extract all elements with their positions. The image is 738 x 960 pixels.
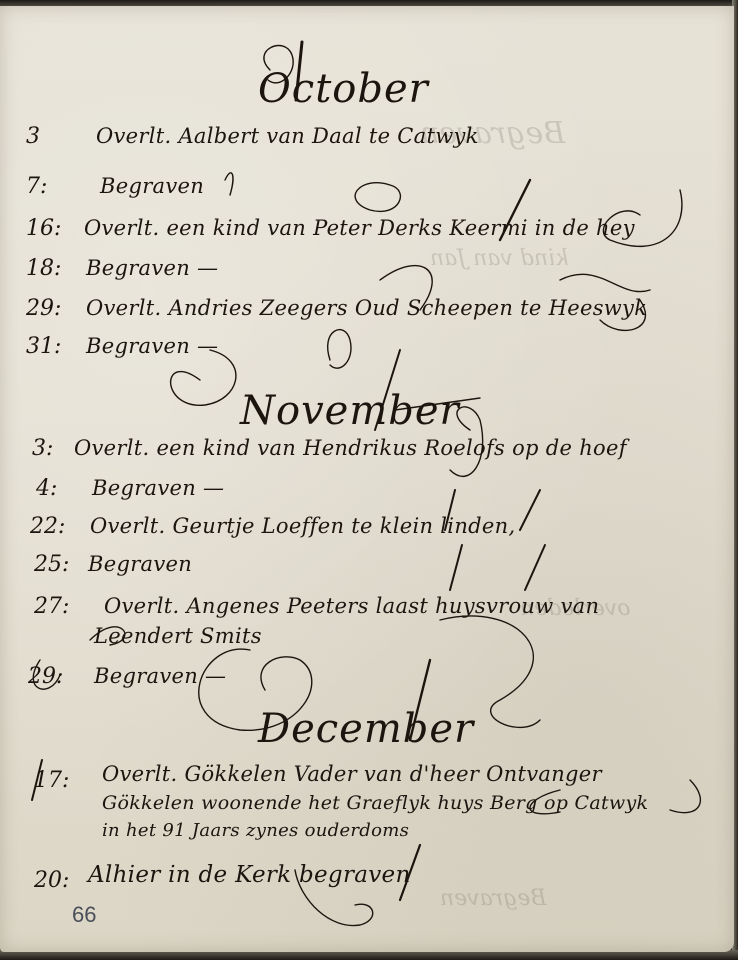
entry-text: Begraven — xyxy=(86,334,218,358)
entry-day: 20: xyxy=(34,868,69,893)
entry-day: 18: xyxy=(26,256,61,281)
entry-text: Alhier in de Kerk begraven xyxy=(88,862,411,888)
entry-day: 22: xyxy=(30,514,65,539)
entry-text: Begraven xyxy=(88,552,192,576)
entry-text: Overlt. Aalbert van Daal te Catwyk xyxy=(96,124,479,148)
entry-day: 31: xyxy=(26,334,61,359)
month-heading-october: October xyxy=(258,66,429,112)
bleed-through-text: kind van Jan xyxy=(430,246,568,271)
folio-number: 66 xyxy=(72,902,96,928)
entry-text: Begraven xyxy=(100,174,204,198)
entry-continuation: Gökkelen woonende het Graeflyk huys Berg… xyxy=(102,792,648,814)
entry-continuation: in het 91 Jaars zynes ouderdoms xyxy=(102,820,409,841)
entry-text: Overlt. Gökkelen Vader van d'heer Ontvan… xyxy=(102,762,602,786)
entry-day: 16: xyxy=(26,216,61,241)
entry-text: Begraven — xyxy=(86,256,218,280)
entry-day: 3: xyxy=(32,436,53,461)
entry-day: 4: xyxy=(36,476,57,501)
entry-day: 17: xyxy=(34,768,69,793)
entry-text: Overlt. Angenes Peeters laast huysvrouw … xyxy=(104,594,599,618)
entry-text: Overlt. Andries Zeegers Oud Scheepen te … xyxy=(86,296,647,320)
entry-day: 27: xyxy=(34,594,69,619)
entry-day: 25: xyxy=(34,552,69,577)
entry-text: Overlt. een kind van Peter Derks Keermi … xyxy=(84,216,635,240)
entry-text: Begraven — xyxy=(92,476,224,500)
entry-day: 3 xyxy=(26,124,40,149)
entry-day: 29: xyxy=(28,664,63,689)
bleed-through-text: Begraven xyxy=(440,886,547,911)
entry-text: Overlt. een kind van Hendrikus Roelofs o… xyxy=(74,436,627,460)
month-heading-november: November xyxy=(240,388,460,434)
entry-continuation: Leendert Smits xyxy=(94,624,262,648)
entry-text: Overlt. Geurtje Loeffen te klein linden, xyxy=(90,514,515,538)
entry-text: Begraven — xyxy=(94,664,226,688)
entry-day: 7: xyxy=(26,174,47,199)
register-page: Begraven kind van Jan overleden Begraven xyxy=(0,6,734,952)
entry-day: 29: xyxy=(26,296,61,321)
month-heading-december: December xyxy=(258,706,474,752)
